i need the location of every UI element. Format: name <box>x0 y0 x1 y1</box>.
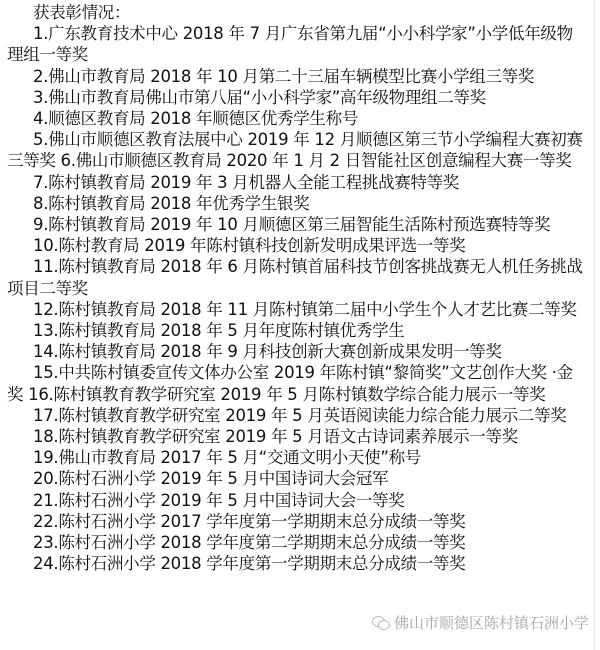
watermark: 佛山市顺德区陈村镇石洲小学 <box>372 612 589 633</box>
award-item-19: 19.佛山市教育局 2017 年 5 月“交通文明小天使”称号 <box>7 447 587 468</box>
awards-document: 获表彰情况： 1.广东教育技术中心 2018 年 7 月广东省第九届“小小科学家… <box>7 2 587 574</box>
award-item-14: 14.陈村镇教育局 2018 年 9 月科技创新大赛创新成果发明一等奖 <box>7 341 587 362</box>
award-item-23: 23.陈村石洲小学 2018 学年度第二学期期末总分成绩一等奖 <box>7 532 587 553</box>
award-item-20: 20.陈村石洲小学 2019 年 5 月中国诗词大会冠军 <box>7 468 587 489</box>
award-item-24: 24.陈村石洲小学 2018 学年度第一学期期末总分成绩一等奖 <box>7 553 587 574</box>
award-item-18: 18.陈村镇教育教学研究室 2019 年 5 月语文古诗词素养展示一等奖 <box>7 426 587 447</box>
award-item-7: 7.陈村镇教育局 2019 年 3 月机器人全能工程挑战赛特等奖 <box>7 172 587 193</box>
award-item-17: 17.陈村镇教育教学研究室 2019 年 5 月英语阅读能力综合能力展示二等奖 <box>7 405 587 426</box>
award-item-10: 10.陈村教育局 2019 年陈村镇科技创新发明成果评选一等奖 <box>7 235 587 256</box>
award-item-5-6: 5.佛山市顺德区教育法展中心 2019 年 12 月顺德区第三节小学编程大赛初赛… <box>7 129 587 171</box>
page-edge-line <box>594 0 595 650</box>
award-item-1: 1.广东教育技术中心 2018 年 7 月广东省第九届“小小科学家”小学低年级物… <box>7 23 587 65</box>
award-item-9: 9.陈村镇教育局 2019 年 10 月顺德区第三届智能生活陈村预选赛特等奖 <box>7 214 587 235</box>
award-item-12: 12.陈村镇教育局 2018 年 11 月陈村镇第二届中小学生个人才艺比赛二等奖 <box>7 299 587 320</box>
document-heading: 获表彰情况： <box>7 2 587 23</box>
award-item-21: 21.陈村石洲小学 2019 年 5 月中国诗词大会一等奖 <box>7 490 587 511</box>
award-item-13: 13.陈村镇教育局 2018 年 5 月年度陈村镇优秀学生 <box>7 320 587 341</box>
wechat-icon <box>372 616 390 630</box>
award-item-2: 2.佛山市教育局 2018 年 10 月第二十三届车辆模型比赛小学组三等奖 <box>7 66 587 87</box>
award-item-8: 8.陈村镇教育局 2018 年优秀学生银奖 <box>7 193 587 214</box>
award-item-3: 3.佛山市教育局佛山市第八届“小小科学家”高年级物理组二等奖 <box>7 87 587 108</box>
award-item-11: 11.陈村镇教育局 2018 年 6 月陈村镇首届科技节创客挑战赛无人机任务挑战… <box>7 256 587 298</box>
watermark-text: 佛山市顺德区陈村镇石洲小学 <box>394 612 589 633</box>
award-item-4: 4.顺德区教育局 2018 年顺德区优秀学生称号 <box>7 108 587 129</box>
award-item-15-16: 15.中共陈村镇委宣传文体办公室 2019 年陈村镇“黎简奖”文艺创作大奖 ·金… <box>7 362 587 404</box>
award-item-22: 22.陈村石洲小学 2017 学年度第一学期期末总分成绩一等奖 <box>7 511 587 532</box>
